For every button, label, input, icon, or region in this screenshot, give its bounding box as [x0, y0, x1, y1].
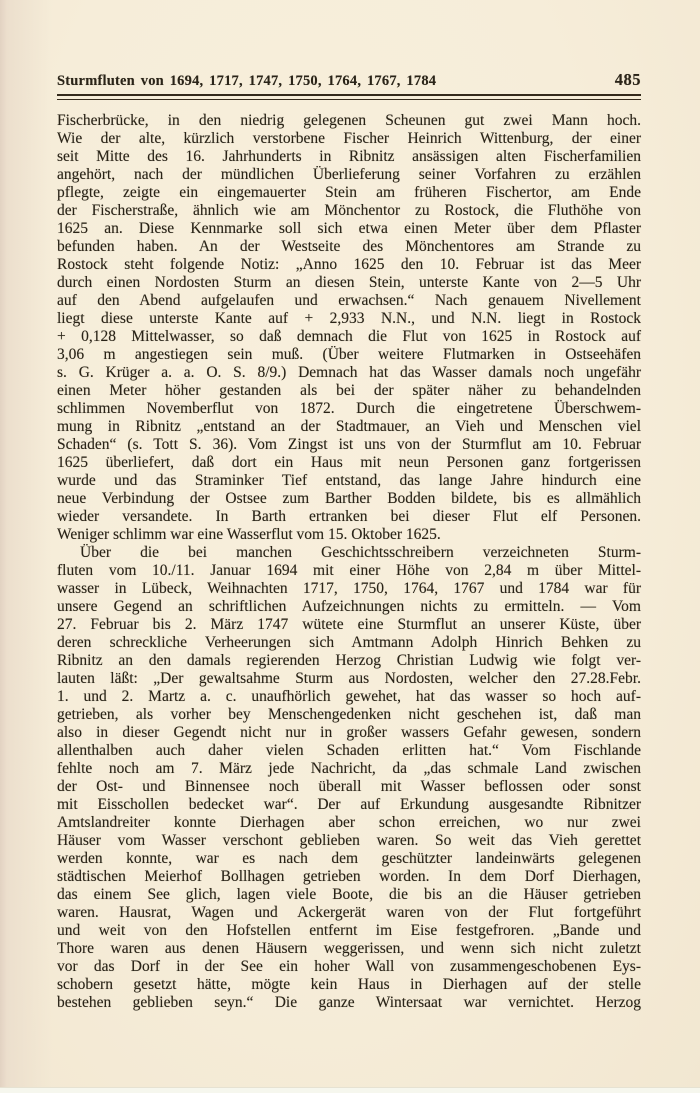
text-line: pflegte, zeigte ein eingemauerter Stein … — [57, 184, 641, 202]
text-line: Über die bei manchen Geschichtsschreiber… — [57, 544, 641, 562]
text-line: getrieben, als vorher bey Menschengedenk… — [57, 706, 641, 724]
header-rule — [57, 94, 641, 100]
text-line: lauten läßt: „Der gewaltsahme Sturm aus … — [57, 670, 641, 688]
text-line: + 0,128 Mittelwasser, so daß demnach die… — [57, 328, 641, 346]
text-block: Sturmfluten von 1694, 1717, 1747, 1750, … — [57, 70, 641, 1012]
text-line: waren. Hausrat, Wagen und Ackergerät war… — [57, 904, 641, 922]
text-line: Fischerbrücke, in den niedrig gelegenen … — [57, 112, 641, 130]
text-line: schobern gesetzt hätte, mögte kein Haus … — [57, 976, 641, 994]
text-line: Amtslandreiter konnte Dierhagen aber sch… — [57, 814, 641, 832]
text-line: Rostock steht folgende Notiz: „Anno 1625… — [57, 256, 641, 274]
text-line: allenthalben auch daher vielen Schaden e… — [57, 742, 641, 760]
text-line: fehlte noch am 7. März jede Nachricht, d… — [57, 760, 641, 778]
text-line: einen Meter höher gestanden als bei der … — [57, 382, 641, 400]
running-title: Sturmfluten von 1694, 1717, 1747, 1750, … — [57, 73, 436, 90]
text-line: Schaden“ (s. Tott S. 36). Vom Zingst ist… — [57, 436, 641, 454]
text-line: mung in Ribnitz „entstand an der Stadtma… — [57, 418, 641, 436]
text-line: das einem See glich, lagen viele Boote, … — [57, 886, 641, 904]
text-line: neue Verbindung der Ostsee zum Barther B… — [57, 490, 641, 508]
text-line: 1625 an. Diese Kennmarke soll sich etwa … — [57, 220, 641, 238]
text-line: städtischen Meierhof Bollhagen getrieben… — [57, 868, 641, 886]
text-line: wurde und das Straminker Tief entstand, … — [57, 472, 641, 490]
text-line: der Ost- und Binnensee noch überall mit … — [57, 778, 641, 796]
scanned-book-page: Sturmfluten von 1694, 1717, 1747, 1750, … — [0, 0, 700, 1093]
text-line: der Fischerstraße, ähnlich wie am Mönche… — [57, 202, 641, 220]
text-line: mit Eisschollen bedecket war“. Der auf E… — [57, 796, 641, 814]
text-line: seit Mitte des 16. Jahrhunderts in Ribni… — [57, 148, 641, 166]
text-line: bestehen geblieben seyn.“ Die ganze Wint… — [57, 994, 641, 1012]
text-line: befunden haben. An der Westseite des Mön… — [57, 238, 641, 256]
text-line: also in dieser Gegendt nicht nur in groß… — [57, 724, 641, 742]
text-line: 27. Februar bis 2. März 1747 wütete eine… — [57, 616, 641, 634]
text-line: vor das Dorf in der See ein hoher Wall v… — [57, 958, 641, 976]
body-text: Fischerbrücke, in den niedrig gelegenen … — [57, 112, 641, 1012]
text-line: Wie der alte, kürzlich verstorbene Fisch… — [57, 130, 641, 148]
text-line: unsere Gegend an schriftlichen Aufzeichn… — [57, 598, 641, 616]
text-line: werden konnte, war es nach dem geschützt… — [57, 850, 641, 868]
text-line: Ribnitz an den damals regierenden Herzog… — [57, 652, 641, 670]
text-line: wasser in Lübeck, Weihnachten 1717, 1750… — [57, 580, 641, 598]
text-line: Weniger schlimm war eine Wasserflut vom … — [57, 526, 641, 544]
text-line: auf den Abend aufgelaufen und erwachsen.… — [57, 292, 641, 310]
text-line: schlimmen Novemberflut von 1872. Durch d… — [57, 400, 641, 418]
text-line: 3,06 m angestiegen sein muß. (Über weite… — [57, 346, 641, 364]
text-line: liegt diese unterste Kante auf + 2,933 N… — [57, 310, 641, 328]
text-line: Häuser vom Wasser verschont geblieben wa… — [57, 832, 641, 850]
text-line: 1. und 2. Martz a. c. unaufhörlich geweh… — [57, 688, 641, 706]
text-line: fluten vom 10./11. Januar 1694 mit einer… — [57, 562, 641, 580]
text-line: s. G. Krüger a. a. O. S. 8/9.) Demnach h… — [57, 364, 641, 382]
text-line: deren schreckliche Verheerungen sich Amt… — [57, 634, 641, 652]
page-header: Sturmfluten von 1694, 1717, 1747, 1750, … — [57, 70, 641, 90]
text-line: 1625 überliefert, daß dort ein Haus mit … — [57, 454, 641, 472]
text-line: durch einen Nordosten Sturm an diesen St… — [57, 274, 641, 292]
text-line: wieder versandete. In Barth ertranken be… — [57, 508, 641, 526]
text-line: und weit von den Hofstellen entfernt im … — [57, 922, 641, 940]
text-line: Thore waren aus denen Häusern weggerisse… — [57, 940, 641, 958]
text-line: angehört, nach der mündlichen Überliefer… — [57, 166, 641, 184]
page-number: 485 — [615, 70, 641, 90]
